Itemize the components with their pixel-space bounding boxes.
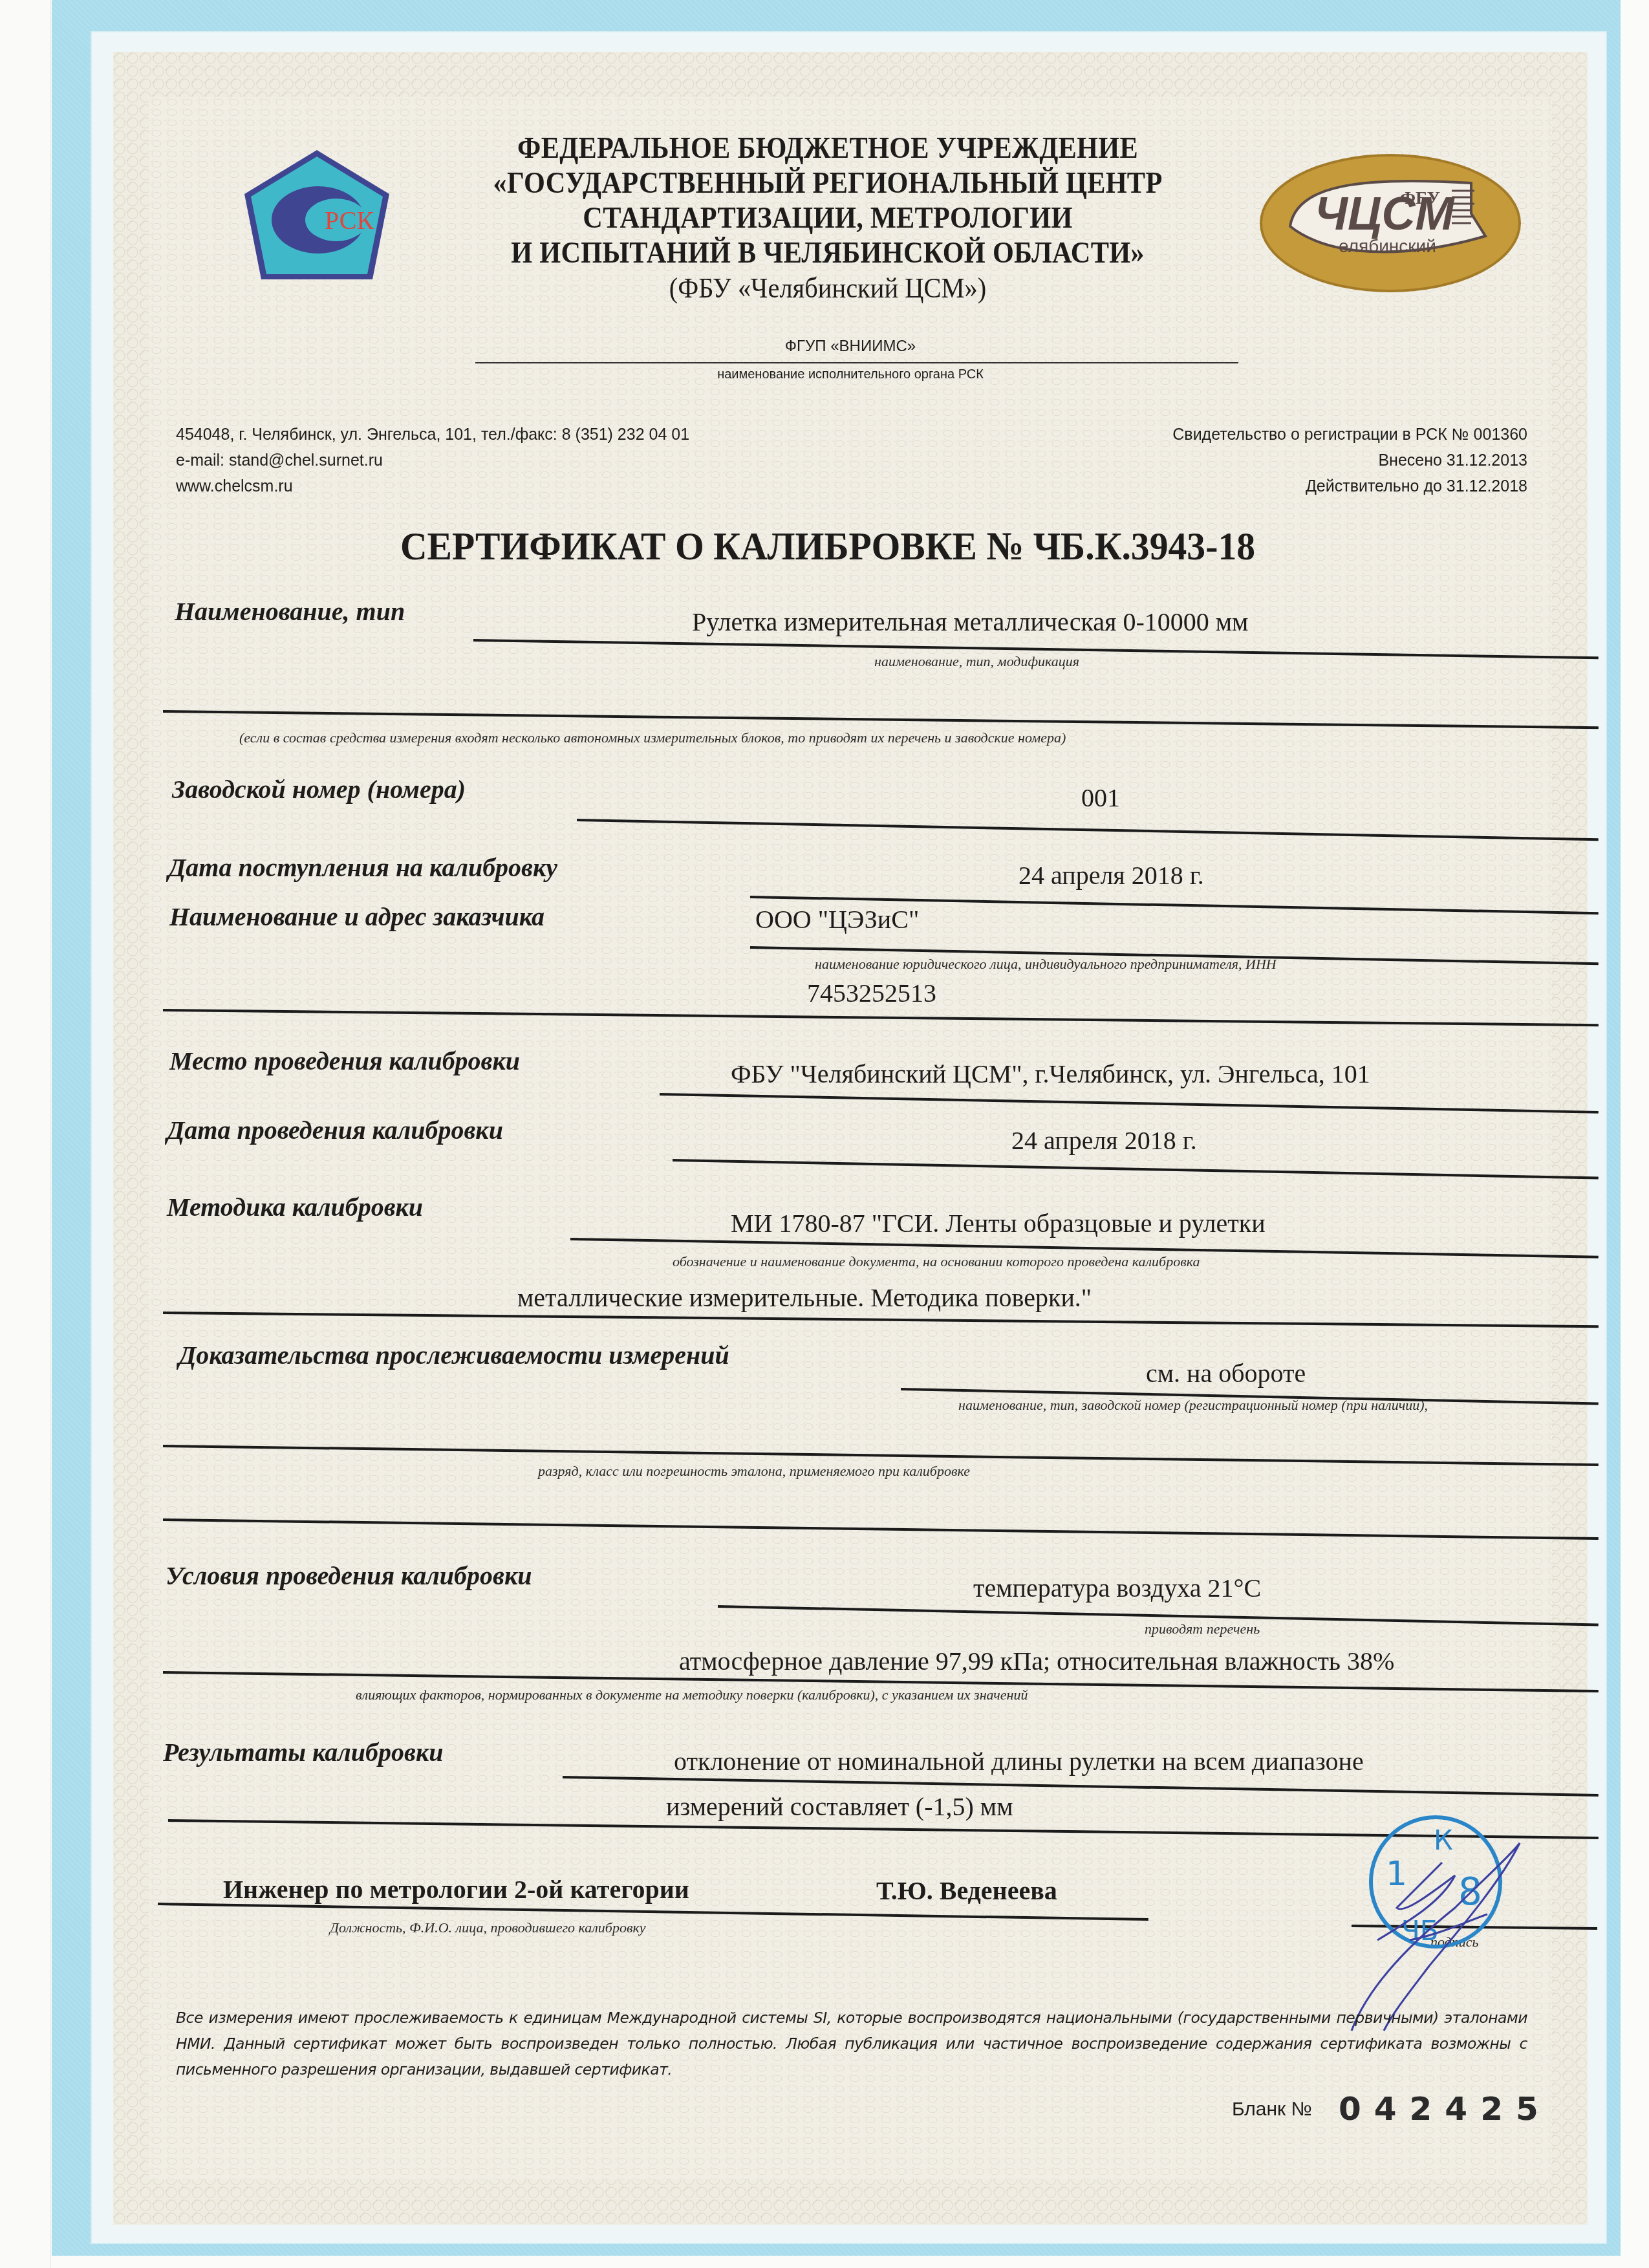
svg-text:РСК: РСК	[325, 206, 374, 235]
value-results-line-1: отклонение от номинальной длины рулетки …	[674, 1746, 1364, 1777]
value-method-line-1: МИ 1780-87 "ГСИ. Ленты образцовые и руле…	[731, 1208, 1266, 1238]
label-name-type: Наименование, тип	[175, 596, 405, 627]
value-method-line-2: металлические измерительные. Методика по…	[517, 1282, 1092, 1313]
csm-logo-icon: ФБУ ЧЦСМ елябинский	[1258, 152, 1523, 294]
label-calibration-date: Дата проведения калибровки	[167, 1115, 503, 1145]
caption-method: обозначение и наименование документа, на…	[673, 1253, 1200, 1270]
exec-org-caption: наименование исполнительного органа РСК	[466, 367, 1235, 382]
value-results-line-2: измерений составляет (-1,5) мм	[666, 1791, 1013, 1822]
value-inn: 7453252513	[807, 978, 936, 1008]
label-conditions: Условия проведения калибровки	[166, 1561, 532, 1591]
value-traceability: см. на обороте	[1146, 1358, 1306, 1388]
svg-text:елябинский: елябинский	[1339, 236, 1436, 256]
rsk-logo-icon: РСК	[239, 147, 394, 283]
caption-name-type: наименование, тип, модификация	[874, 653, 1079, 670]
value-calibration-date: 24 апреля 2018 г.	[1011, 1125, 1197, 1156]
traceability-note: Все измерения имеют прослеживаемость к е…	[176, 2005, 1527, 2082]
registered-date: Внесено 31.12.2013	[1172, 448, 1527, 473]
value-conditions-line-2: атмосферное давление 97,99 кПа; относите…	[679, 1646, 1394, 1676]
label-customer: Наименование и адрес заказчика	[169, 902, 544, 932]
exec-org-rule	[475, 362, 1238, 363]
caption-blocks: (если в состав средства измерения входят…	[239, 729, 1066, 746]
certificate-title: СЕРТИФИКАТ О КАЛИБРОВКЕ № ЧБ.К.3943-18	[299, 524, 1357, 570]
website[interactable]: www.chelcsm.ru	[176, 473, 689, 499]
caption-signer: Должность, Ф.И.О. лица, проводившего кал…	[330, 1919, 646, 1936]
label-received-date: Дата поступления на калибровку	[168, 852, 557, 883]
value-serial: 001	[1081, 783, 1120, 813]
org-name-line-1: ФЕДЕРАЛЬНОЕ БЮДЖЕТНОЕ УЧРЕЖДЕНИЕ	[459, 133, 1197, 163]
value-customer: ООО "ЦЭЗиС"	[755, 904, 919, 934]
org-name-line-4: И ИСПЫТАНИЙ В ЧЕЛЯБИНСКОЙ ОБЛАСТИ»	[459, 238, 1197, 268]
label-traceability: Доказательства прослеживаемости измерени…	[178, 1340, 729, 1370]
label-method: Методика калибровки	[167, 1192, 423, 1222]
svg-text:ЧЦСМ: ЧЦСМ	[1315, 188, 1455, 240]
caption-conditions: приводят перечень	[1145, 1621, 1260, 1637]
contact-block: 454048, г. Челябинск, ул. Энгельса, 101,…	[176, 422, 689, 499]
value-received-date: 24 апреля 2018 г.	[1018, 860, 1204, 891]
value-place: ФБУ "Челябинский ЦСМ", г.Челябинск, ул. …	[731, 1059, 1370, 1089]
label-serial: Заводской номер (номера)	[172, 774, 466, 805]
registration-block: Свидетельство о регистрации в РСК № 0013…	[1172, 422, 1527, 499]
email[interactable]: e-mail: stand@chel.surnet.ru	[176, 448, 689, 473]
org-name-line-3: СТАНДАРТИЗАЦИИ, МЕТРОЛОГИИ	[459, 203, 1197, 233]
signer-name: Т.Ю. Веденеева	[876, 1875, 1057, 1906]
caption-standard: разряд, класс или погрешность эталона, п…	[538, 1463, 970, 1480]
blank-label: Бланк №	[1232, 2099, 1312, 2121]
org-short-name: (ФБУ «Челябинский ЦСМ»)	[459, 274, 1197, 303]
org-name-line-2: «ГОСУДАРСТВЕННЫЙ РЕГИОНАЛЬНЫЙ ЦЕНТР	[459, 168, 1197, 198]
scan-margin	[0, 0, 51, 2268]
caption-traceability: наименование, тип, заводской номер (реги…	[958, 1397, 1428, 1414]
address: 454048, г. Челябинск, ул. Энгельса, 101,…	[176, 422, 689, 448]
signer-position: Инженер по метрологии 2-ой категории	[223, 1874, 689, 1905]
valid-until: Действительно до 31.12.2018	[1172, 473, 1527, 499]
caption-customer: наименование юридического лица, индивиду…	[815, 956, 1277, 973]
exec-org: ФГУП «ВНИИМС»	[466, 338, 1235, 356]
value-conditions-line-1: температура воздуха 21°С	[973, 1573, 1261, 1603]
label-results: Результаты калибровки	[163, 1737, 443, 1767]
value-name-type: Рулетка измерительная металлическая 0-10…	[692, 607, 1248, 637]
blank-number: 042425	[1339, 2090, 1551, 2128]
label-place: Место проведения калибровки	[169, 1046, 520, 1076]
registration-number: Свидетельство о регистрации в РСК № 0013…	[1172, 422, 1527, 448]
caption-conditions-factors: влияющих факторов, нормированных в докум…	[356, 1687, 1028, 1703]
